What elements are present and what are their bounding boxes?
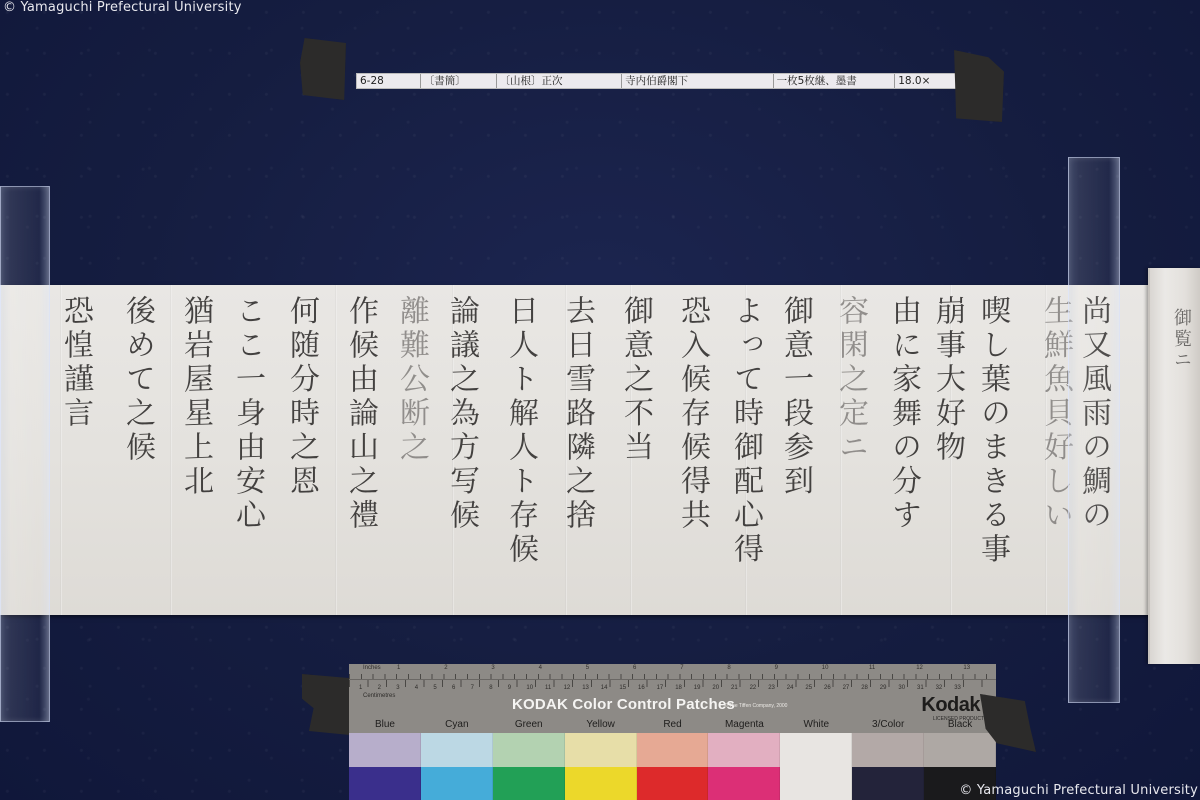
calligraphy-column: 日人ト解人ト存候	[505, 294, 535, 567]
ruler-inches-label: Inches	[363, 665, 381, 671]
ruler-inch-mark: 6	[633, 665, 636, 671]
calligraphy-column: 論議之為方写候	[446, 294, 476, 533]
patch-label: Cyan	[421, 719, 493, 733]
catalog-label-cell: 〔山根〕正次	[497, 74, 623, 88]
ruler-cm-mark: 1	[359, 685, 362, 691]
copyright-watermark-bottom: © Yamaguchi Prefectural University	[959, 783, 1198, 798]
calligraphy-column: 崩事大好物	[932, 294, 962, 465]
calligraphy-column: 御意一段参到	[780, 294, 810, 499]
ruler-cm-mark: 33	[954, 685, 961, 691]
color-patch-red-dark	[637, 767, 709, 800]
ruler-cm-mark: 24	[787, 685, 794, 691]
ruler-cm-mark: 3	[396, 685, 399, 691]
ruler-inches: Inches 12345678910111213	[349, 664, 996, 680]
ruler-cm-mark: 20	[712, 685, 719, 691]
color-patch-red-light	[637, 733, 709, 767]
color-patch-3-color-light	[852, 733, 924, 767]
color-patch-white-light	[780, 733, 852, 767]
calligraphy-column: 何随分時之恩	[286, 294, 316, 499]
ruler-cm-mark: 4	[415, 685, 418, 691]
ruler-cm-mark: 7	[471, 685, 474, 691]
color-patch-black-light	[924, 733, 996, 767]
ruler-cm-mark: 5	[433, 685, 436, 691]
ruler-inch-mark: 7	[680, 665, 683, 671]
calligraphy-column: 恐入候存候得共	[677, 294, 707, 533]
patch-labels: BlueCyanGreenYellowRedMagentaWhite3/Colo…	[349, 719, 996, 733]
ruler-cm-mark: 25	[805, 685, 812, 691]
patch-label: Magenta	[708, 719, 780, 733]
color-patches	[349, 733, 996, 800]
patch-label: White	[780, 719, 852, 733]
ruler-inch-mark: 13	[963, 665, 970, 671]
color-patch-green-dark	[493, 767, 565, 800]
ruler-inch-mark: 1	[397, 665, 400, 671]
color-patch-3-color-dark	[852, 767, 924, 800]
ruler-cm-mark: 19	[694, 685, 701, 691]
rolled-end-text: 御覧ニ	[1168, 308, 1194, 371]
ruler-inch-mark: 12	[916, 665, 923, 671]
ruler-cm-mark: 26	[824, 685, 831, 691]
color-patch-yellow-light	[565, 733, 637, 767]
ruler-inch-mark: 2	[444, 665, 447, 671]
calligraphy-column: 後めて之候	[122, 294, 152, 465]
calligraphy-column: 容閑之定ニ	[835, 294, 865, 465]
calligraphy-column: 恐惶謹言	[60, 294, 90, 431]
ruler-cm-mark: 32	[936, 685, 943, 691]
ruler-cm-mark: 27	[843, 685, 850, 691]
color-patch-blue-dark	[349, 767, 421, 800]
calligraphy-column: 御意之不当	[620, 294, 650, 465]
ruler-cm-mark: 14	[601, 685, 608, 691]
color-patch-yellow-dark	[565, 767, 637, 800]
ruler-cm-mark: 13	[582, 685, 589, 691]
catalog-label-cell: 寺内伯爵閣下	[622, 74, 773, 88]
kodak-logo: Kodak	[921, 694, 980, 717]
ruler-cm-mark: 8	[489, 685, 492, 691]
tape-left-label	[300, 38, 346, 100]
calligraphy-column: 生鮮魚貝好しい	[1040, 294, 1070, 533]
ruler-centimetres: 1234567891011121314151617181920212223242…	[349, 680, 996, 694]
color-patch-magenta-light	[708, 733, 780, 767]
patch-label: Blue	[349, 719, 421, 733]
color-patch-blue-light	[349, 733, 421, 767]
color-patch-green-light	[493, 733, 565, 767]
catalog-label-cell: 一枚5枚継、墨書	[774, 74, 896, 88]
ruler-cm-mark: 16	[638, 685, 645, 691]
ruler-cm-mark: 30	[898, 685, 905, 691]
catalog-label-cell: 18.0×	[895, 74, 959, 88]
ruler-cm-mark: 6	[452, 685, 455, 691]
ruler-cm-mark: 10	[526, 685, 533, 691]
tape-right-label	[952, 50, 1004, 122]
color-patch-cyan-dark	[421, 767, 493, 800]
ruler-cm-mark: 23	[768, 685, 775, 691]
acrylic-weight-left	[0, 186, 50, 722]
patch-label: Yellow	[565, 719, 637, 733]
ruler-inch-mark: 11	[869, 665, 875, 671]
ruler-inch-mark: 3	[491, 665, 494, 671]
color-patch-cyan-light	[421, 733, 493, 767]
paper-fold	[170, 285, 172, 615]
patch-label: Red	[637, 719, 709, 733]
calligraphy-scroll: 尚又風雨の鯛の生鮮魚貝好しい喫し葉のまきる事崩事大好物由に家舞の分す容閑之定ニ御…	[0, 285, 1160, 615]
ruler-centimetres-label: Centimetres	[363, 693, 395, 699]
color-patch-magenta-dark	[708, 767, 780, 800]
ruler-inch-mark: 5	[586, 665, 589, 671]
catalog-label-strip: 6-28〔書簡〕〔山根〕正次寺内伯爵閣下一枚5枚継、墨書18.0×	[356, 73, 960, 89]
card-title: KODAK Color Control Patches	[512, 696, 735, 713]
ruler-cm-mark: 28	[861, 685, 868, 691]
calligraphy-column: よって時御配心得	[730, 294, 760, 567]
ruler-cm-mark: 12	[564, 685, 571, 691]
ruler-inch-mark: 9	[775, 665, 778, 671]
ruler-cm-mark: 17	[657, 685, 664, 691]
patch-label: Green	[493, 719, 565, 733]
calligraphy-column: 猶岩屋星上北	[180, 294, 210, 499]
ruler-cm-mark: 15	[619, 685, 626, 691]
calligraphy-column: 去日雪路隣之捨	[562, 294, 592, 533]
ruler-cm-mark: 9	[508, 685, 511, 691]
ruler-cm-mark: 21	[731, 685, 738, 691]
card-copyright: © The Tiffen Company, 2000	[724, 703, 787, 709]
calligraphy-column: 作候由論山之禮	[345, 294, 375, 533]
ruler-cm-mark: 11	[545, 685, 551, 691]
color-patch-white-dark	[780, 767, 852, 800]
rolled-scroll-end: 御覧ニ	[1148, 268, 1200, 664]
calligraphy-column: ここ一身由安心	[232, 294, 262, 533]
calligraphy-column: 離難公断之	[396, 294, 426, 465]
ruler-cm-mark: 29	[880, 685, 887, 691]
ruler-cm-mark: 18	[675, 685, 682, 691]
ruler-inch-mark: 10	[822, 665, 829, 671]
ruler-inch-mark: 8	[727, 665, 730, 671]
ruler-cm-mark: 22	[750, 685, 757, 691]
calligraphy-column: 喫し葉のまきる事	[977, 294, 1007, 567]
catalog-label-cell: 〔書簡〕	[421, 74, 497, 88]
ruler-cm-mark: 2	[378, 685, 381, 691]
ruler-inch-mark: 4	[539, 665, 542, 671]
copyright-watermark-top: © Yamaguchi Prefectural University	[3, 0, 242, 15]
calligraphy-column: 由に家舞の分す	[888, 294, 918, 533]
paper-fold	[335, 285, 337, 615]
kodak-color-card: Inches 12345678910111213 123456789101112…	[349, 664, 996, 800]
acrylic-weight-right	[1068, 157, 1120, 703]
patch-label: 3/Color	[852, 719, 924, 733]
catalog-label-cell: 6-28	[357, 74, 421, 88]
ruler-cm-mark: 31	[917, 685, 924, 691]
